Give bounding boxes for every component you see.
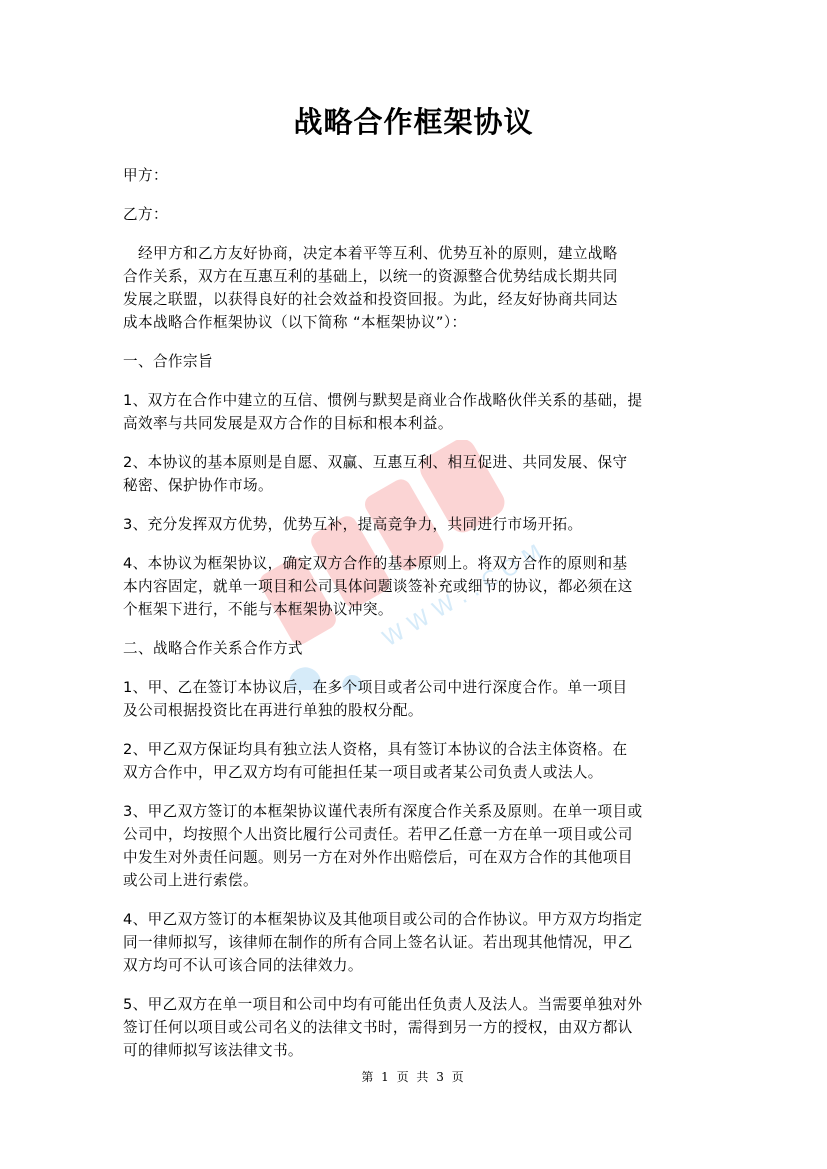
clause-paragraph: 3、甲乙双方签订的本框架协议谨代表所有深度合作关系及原则。在单一项目或 公司中，… [123,800,708,892]
clause-paragraph: 4、本协议为框架协议，确定双方合作的基本原则上。将双方合作的原则和基 本内容固定… [123,552,708,621]
document-title: 战略合作框架协议 [0,100,827,141]
clause-paragraph: 2、本协议的基本原则是自愿、双赢、互惠互利、相互促进、共同发展、保守 秘密、保护… [123,451,708,497]
page-number-footer: 第 1 页 共 3 页 [0,1068,827,1085]
clause-paragraph: 3、充分发挥双方优势，优势互补，提高竞争力，共同进行市场开拓。 [123,513,708,536]
party-a-label: 甲方： [123,164,708,187]
clause-paragraph: 4、甲乙双方签订的本框架协议及其他项目或公司的合作协议。甲方双方均指定 同一律师… [123,908,708,977]
section-heading: 一、合作宗旨 [123,350,708,373]
section-heading: 二、战略合作关系合作方式 [123,637,708,660]
clause-paragraph: 2、甲乙双方保证均具有独立法人资格，具有签订本协议的合法主体资格。在 双方合作中… [123,738,708,784]
clause-paragraph: 1、双方在合作中建立的互信、惯例与默契是商业合作战略伙伴关系的基础，提 高效率与… [123,389,708,435]
document-page: W W W . . C O M 战略合作框架协议 甲方： 乙方： 经甲方和乙方友… [0,0,827,1169]
preamble-paragraph: 经甲方和乙方友好协商，决定本着平等互利、优势互补的原则，建立战略 合作关系，双方… [123,242,708,334]
clause-paragraph: 1、甲、乙在签订本协议后，在多个项目或者公司中进行深度合作。单一项目 及公司根据… [123,676,708,722]
clause-paragraph: 5、甲乙双方在单一项目和公司中均有可能出任负责人及法人。当需要单独对外 签订任何… [123,993,708,1062]
party-b-label: 乙方： [123,203,708,226]
document-body: 甲方： 乙方： 经甲方和乙方友好协商，决定本着平等互利、优势互补的原则，建立战略… [123,164,708,1078]
